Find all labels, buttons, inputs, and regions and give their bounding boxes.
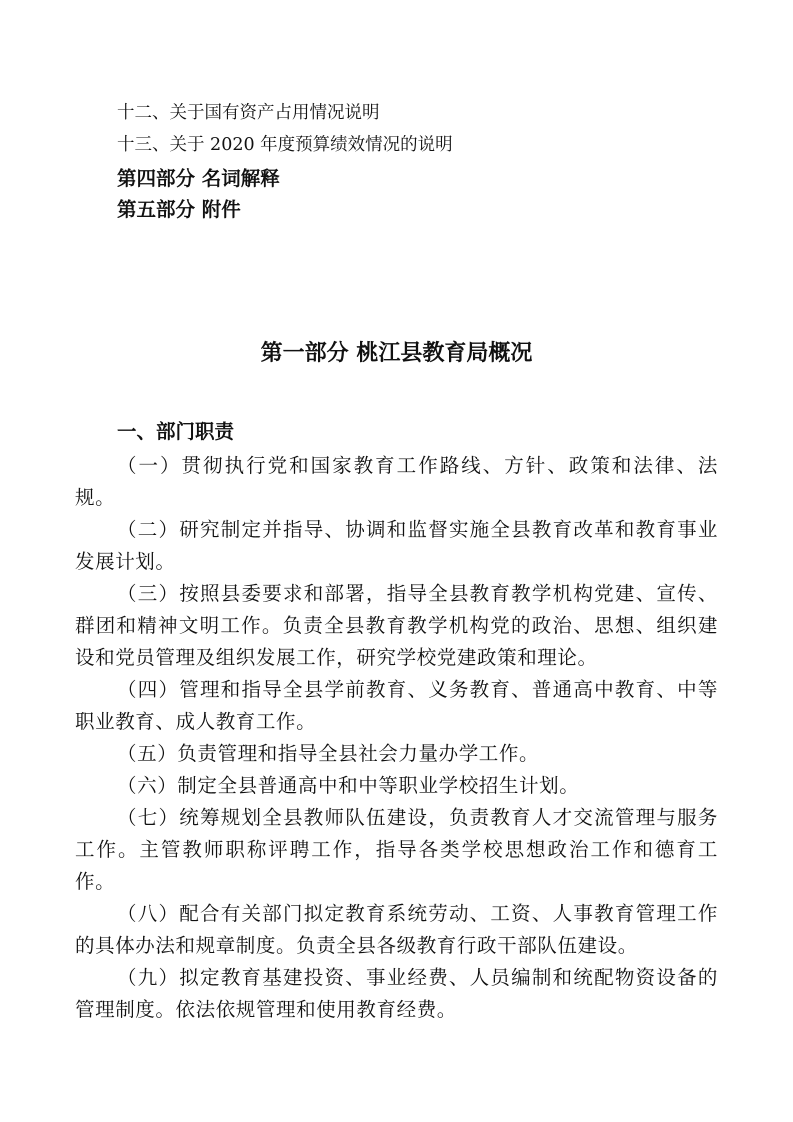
duty-paragraph-4: （四）管理和指导全县学前教育、义务教育、普通高中教育、中等职业教育、成人教育工作…	[75, 674, 718, 738]
duty-paragraph-8: （八）配合有关部门拟定教育系统劳动、工资、人事教育管理工作的具体办法和规章制度。…	[75, 898, 718, 962]
toc-item-12: 十二、关于国有资产占用情况说明	[117, 101, 380, 125]
duty-paragraph-1: （一）贯彻执行党和国家教育工作路线、方针、政策和法律、法规。	[75, 450, 718, 514]
duty-paragraph-6: （六）制定全县普通高中和中等职业学校招生计划。	[75, 770, 718, 802]
duty-paragraph-7: （七）统筹规划全县教师队伍建设，负责教育人才交流管理与服务工作。主管教师职称评聘…	[75, 802, 718, 898]
section-title: 第一部分 桃江县教育局概况	[0, 342, 793, 366]
toc-part-5: 第五部分 附件	[117, 198, 241, 222]
duty-paragraph-9: （九）拟定教育基建投资、事业经费、人员编制和统配物资设备的管理制度。依法依规管理…	[75, 962, 718, 1026]
duty-paragraph-2: （二）研究制定并指导、协调和监督实施全县教育改革和教育事业发展计划。	[75, 514, 718, 578]
duty-paragraph-3: （三）按照县委要求和部署，指导全县教育教学机构党建、宣传、群团和精神文明工作。负…	[75, 578, 718, 674]
toc-item-13: 十三、关于 2020 年度预算绩效情况的说明	[117, 133, 453, 157]
subsection-title: 一、部门职责	[117, 420, 234, 444]
toc-part-4: 第四部分 名词解释	[117, 167, 280, 191]
duty-paragraph-5: （五）负责管理和指导全县社会力量办学工作。	[75, 738, 718, 770]
